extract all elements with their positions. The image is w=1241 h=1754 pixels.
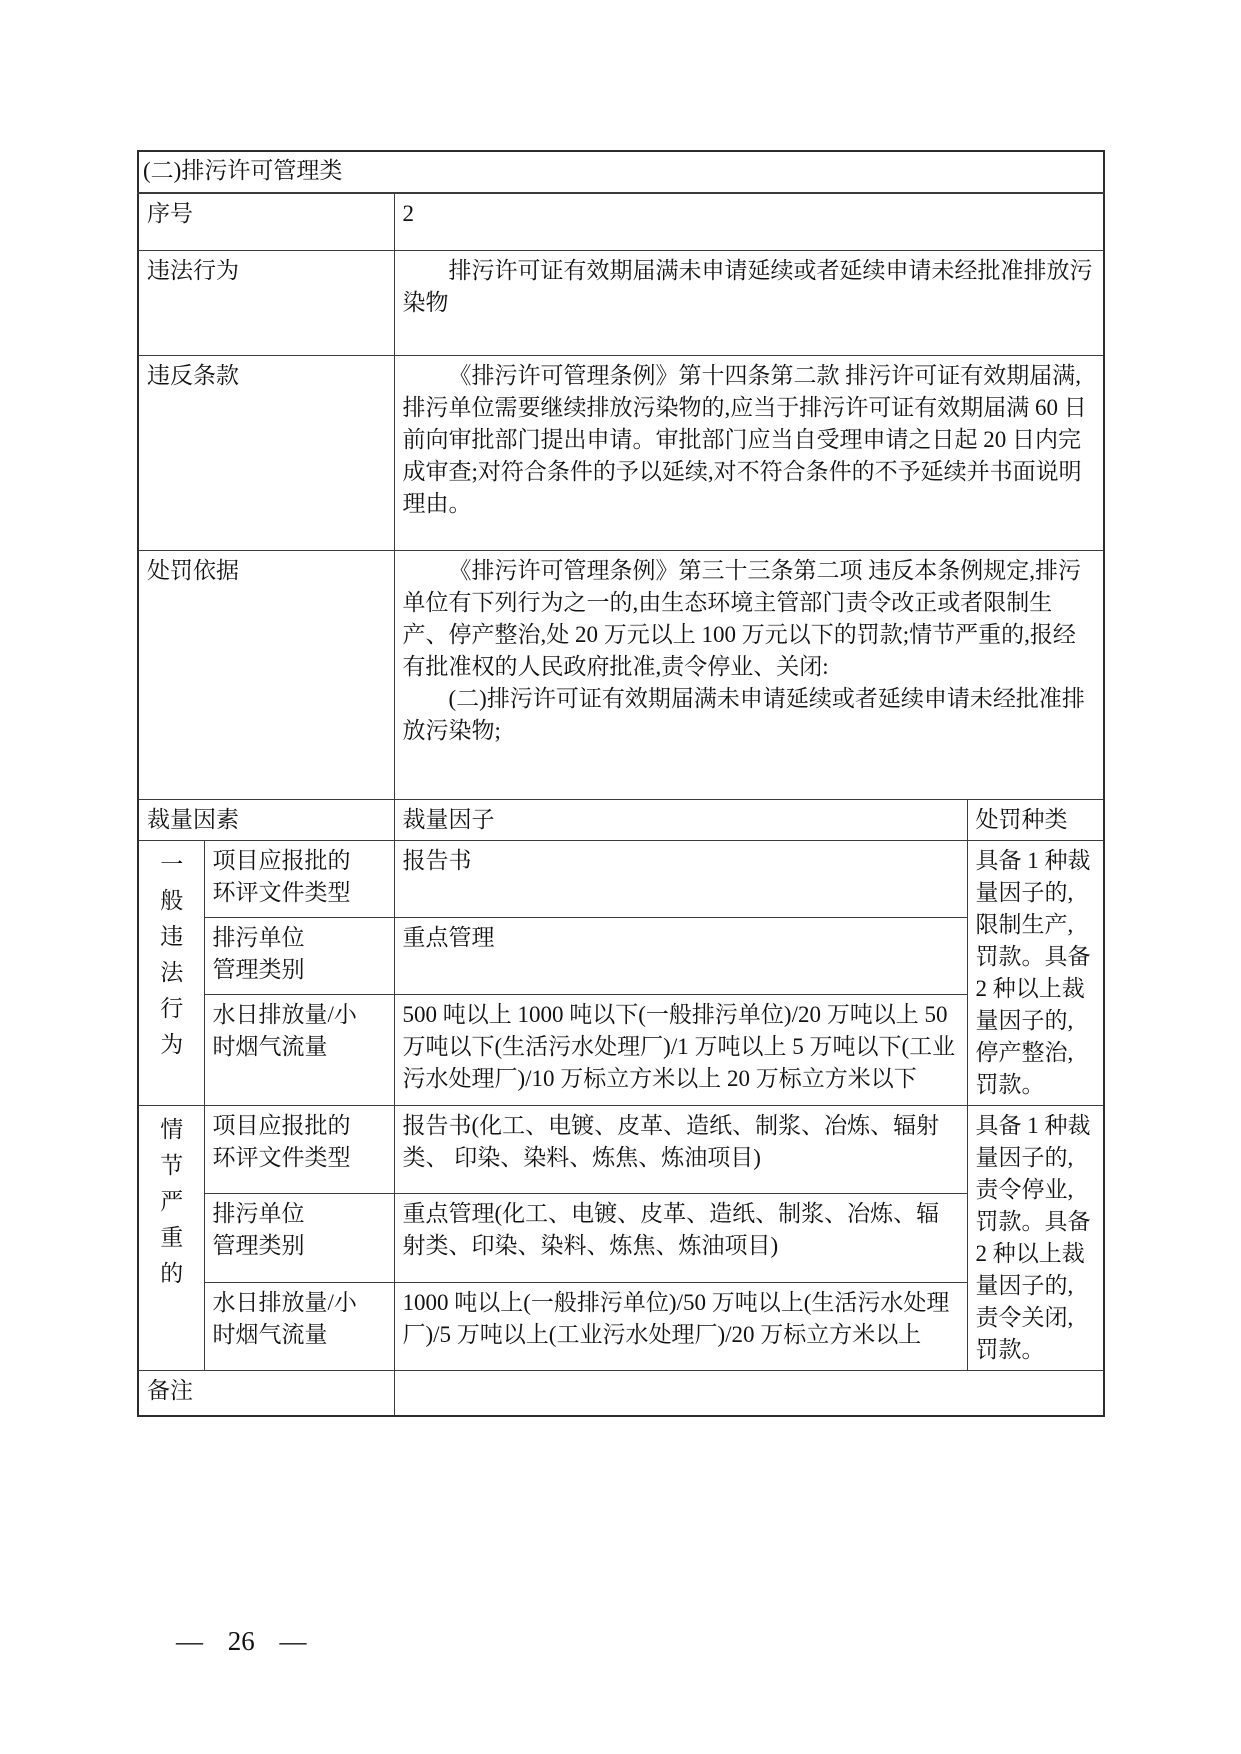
serious-discharge-volume-value: 1000 吨以上(一般排污单位)/50 万吨以上(生活污水处理厂)/5 万吨以上… <box>394 1282 967 1370</box>
table-row-basis: 处罚依据 《排污许可管理条例》第三十三条第二项 违反本条例规定,排污单位有下列行… <box>138 551 1104 800</box>
table-row-serious-1: 情节严重的 项目应报批的 环评文件类型 报告书(化工、电镀、皮革、造纸、制浆、冶… <box>138 1106 1104 1194</box>
table-row-violation: 违法行为 排污许可证有效期届满未申请延续或者延续申请未经批准排放污染物 <box>138 251 1104 356</box>
serious-side-label: 情节严重的 <box>159 1112 184 1292</box>
serious-management-category-label: 排污单位 管理类别 <box>204 1194 394 1282</box>
category-header: (二)排污许可管理类 <box>138 151 1104 193</box>
factor-group-header: 裁量因素 <box>138 800 394 841</box>
general-discharge-volume-value: 500 吨以上 1000 吨以下(一般排污单位)/20 万吨以上 50 万吨以下… <box>394 995 967 1106</box>
clause-paragraph: 《排污许可管理条例》第十四条第二款 排污许可证有效期届满,排污单位需要继续排放污… <box>403 360 1097 520</box>
basis-paragraph-1: 《排污许可管理条例》第三十三条第二项 违反本条例规定,排污单位有下列行为之一的,… <box>403 555 1097 683</box>
serious-eia-type-label: 项目应报批的 环评文件类型 <box>204 1106 394 1194</box>
serious-eia-type-value: 报告书(化工、电镀、皮革、造纸、制浆、冶炼、辐射类、 印染、染料、炼焦、炼油项目… <box>394 1106 967 1194</box>
serious-side-label-cell: 情节严重的 <box>138 1106 204 1371</box>
general-violation-side-label: 一般违法行为 <box>159 847 184 1063</box>
table-row-serious-2: 排污单位 管理类别 重点管理(化工、电镀、皮革、造纸、制浆、冶炼、辐射类、印染、… <box>138 1194 1104 1282</box>
remark-value <box>394 1371 1104 1417</box>
page-number: — 26 — <box>176 1626 307 1657</box>
serious-penalty-type: 具备 1 种裁量因子的,责令停业,罚款。具备 2 种以上裁量因子的,责令关闭,罚… <box>967 1106 1104 1371</box>
general-eia-type-value: 报告书 <box>394 841 967 918</box>
remark-label: 备注 <box>138 1371 394 1417</box>
basis-label: 处罚依据 <box>138 551 394 800</box>
table-row-serious-3: 水日排放量/小 时烟气流量 1000 吨以上(一般排污单位)/50 万吨以上(生… <box>138 1282 1104 1370</box>
table-row-remark: 备注 <box>138 1371 1104 1417</box>
document-page: (二)排污许可管理类 序号 2 违法行为 排污许可证有效期届满未申请延续或者延续… <box>0 0 1241 1754</box>
general-discharge-volume-label: 水日排放量/小 时烟气流量 <box>204 995 394 1106</box>
clause-label: 违反条款 <box>138 356 394 551</box>
table-row-serial: 序号 2 <box>138 193 1104 251</box>
serial-label: 序号 <box>138 193 394 251</box>
general-management-category-label: 排污单位 管理类别 <box>204 918 394 995</box>
table-row-clause: 违反条款 《排污许可管理条例》第十四条第二款 排污许可证有效期届满,排污单位需要… <box>138 356 1104 551</box>
serious-management-category-value: 重点管理(化工、电镀、皮革、造纸、制浆、冶炼、辐射类、印染、染料、炼焦、炼油项目… <box>394 1194 967 1282</box>
basis-text: 《排污许可管理条例》第三十三条第二项 违反本条例规定,排污单位有下列行为之一的,… <box>394 551 1104 800</box>
general-management-category-value: 重点管理 <box>394 918 967 995</box>
serious-discharge-volume-label: 水日排放量/小 时烟气流量 <box>204 1282 394 1370</box>
table-row-category: (二)排污许可管理类 <box>138 151 1104 193</box>
table-row-general-3: 水日排放量/小 时烟气流量 500 吨以上 1000 吨以下(一般排污单位)/2… <box>138 995 1104 1106</box>
table-row-general-1: 一般违法行为 项目应报批的 环评文件类型 报告书 具备 1 种裁量因子的,限制生… <box>138 841 1104 918</box>
factor-header: 裁量因子 <box>394 800 967 841</box>
penalty-discretion-table: (二)排污许可管理类 序号 2 违法行为 排污许可证有效期届满未申请延续或者延续… <box>137 150 1105 1417</box>
general-eia-type-label: 项目应报批的 环评文件类型 <box>204 841 394 918</box>
clause-text: 《排污许可管理条例》第十四条第二款 排污许可证有效期届满,排污单位需要继续排放污… <box>394 356 1104 551</box>
basis-paragraph-2: (二)排污许可证有效期届满未申请延续或者延续申请未经批准排放污染物; <box>403 683 1097 747</box>
table-row-general-2: 排污单位 管理类别 重点管理 <box>138 918 1104 995</box>
penalty-type-header: 处罚种类 <box>967 800 1104 841</box>
general-violation-side-label-cell: 一般违法行为 <box>138 841 204 1106</box>
violation-paragraph: 排污许可证有效期届满未申请延续或者延续申请未经批准排放污染物 <box>403 255 1097 319</box>
general-penalty-type: 具备 1 种裁量因子的,限制生产,罚款。具备 2 种以上裁量因子的,停产整治,罚… <box>967 841 1104 1106</box>
violation-text: 排污许可证有效期届满未申请延续或者延续申请未经批准排放污染物 <box>394 251 1104 356</box>
violation-label: 违法行为 <box>138 251 394 356</box>
serial-value: 2 <box>394 193 1104 251</box>
table-row-factor-header: 裁量因素 裁量因子 处罚种类 <box>138 800 1104 841</box>
